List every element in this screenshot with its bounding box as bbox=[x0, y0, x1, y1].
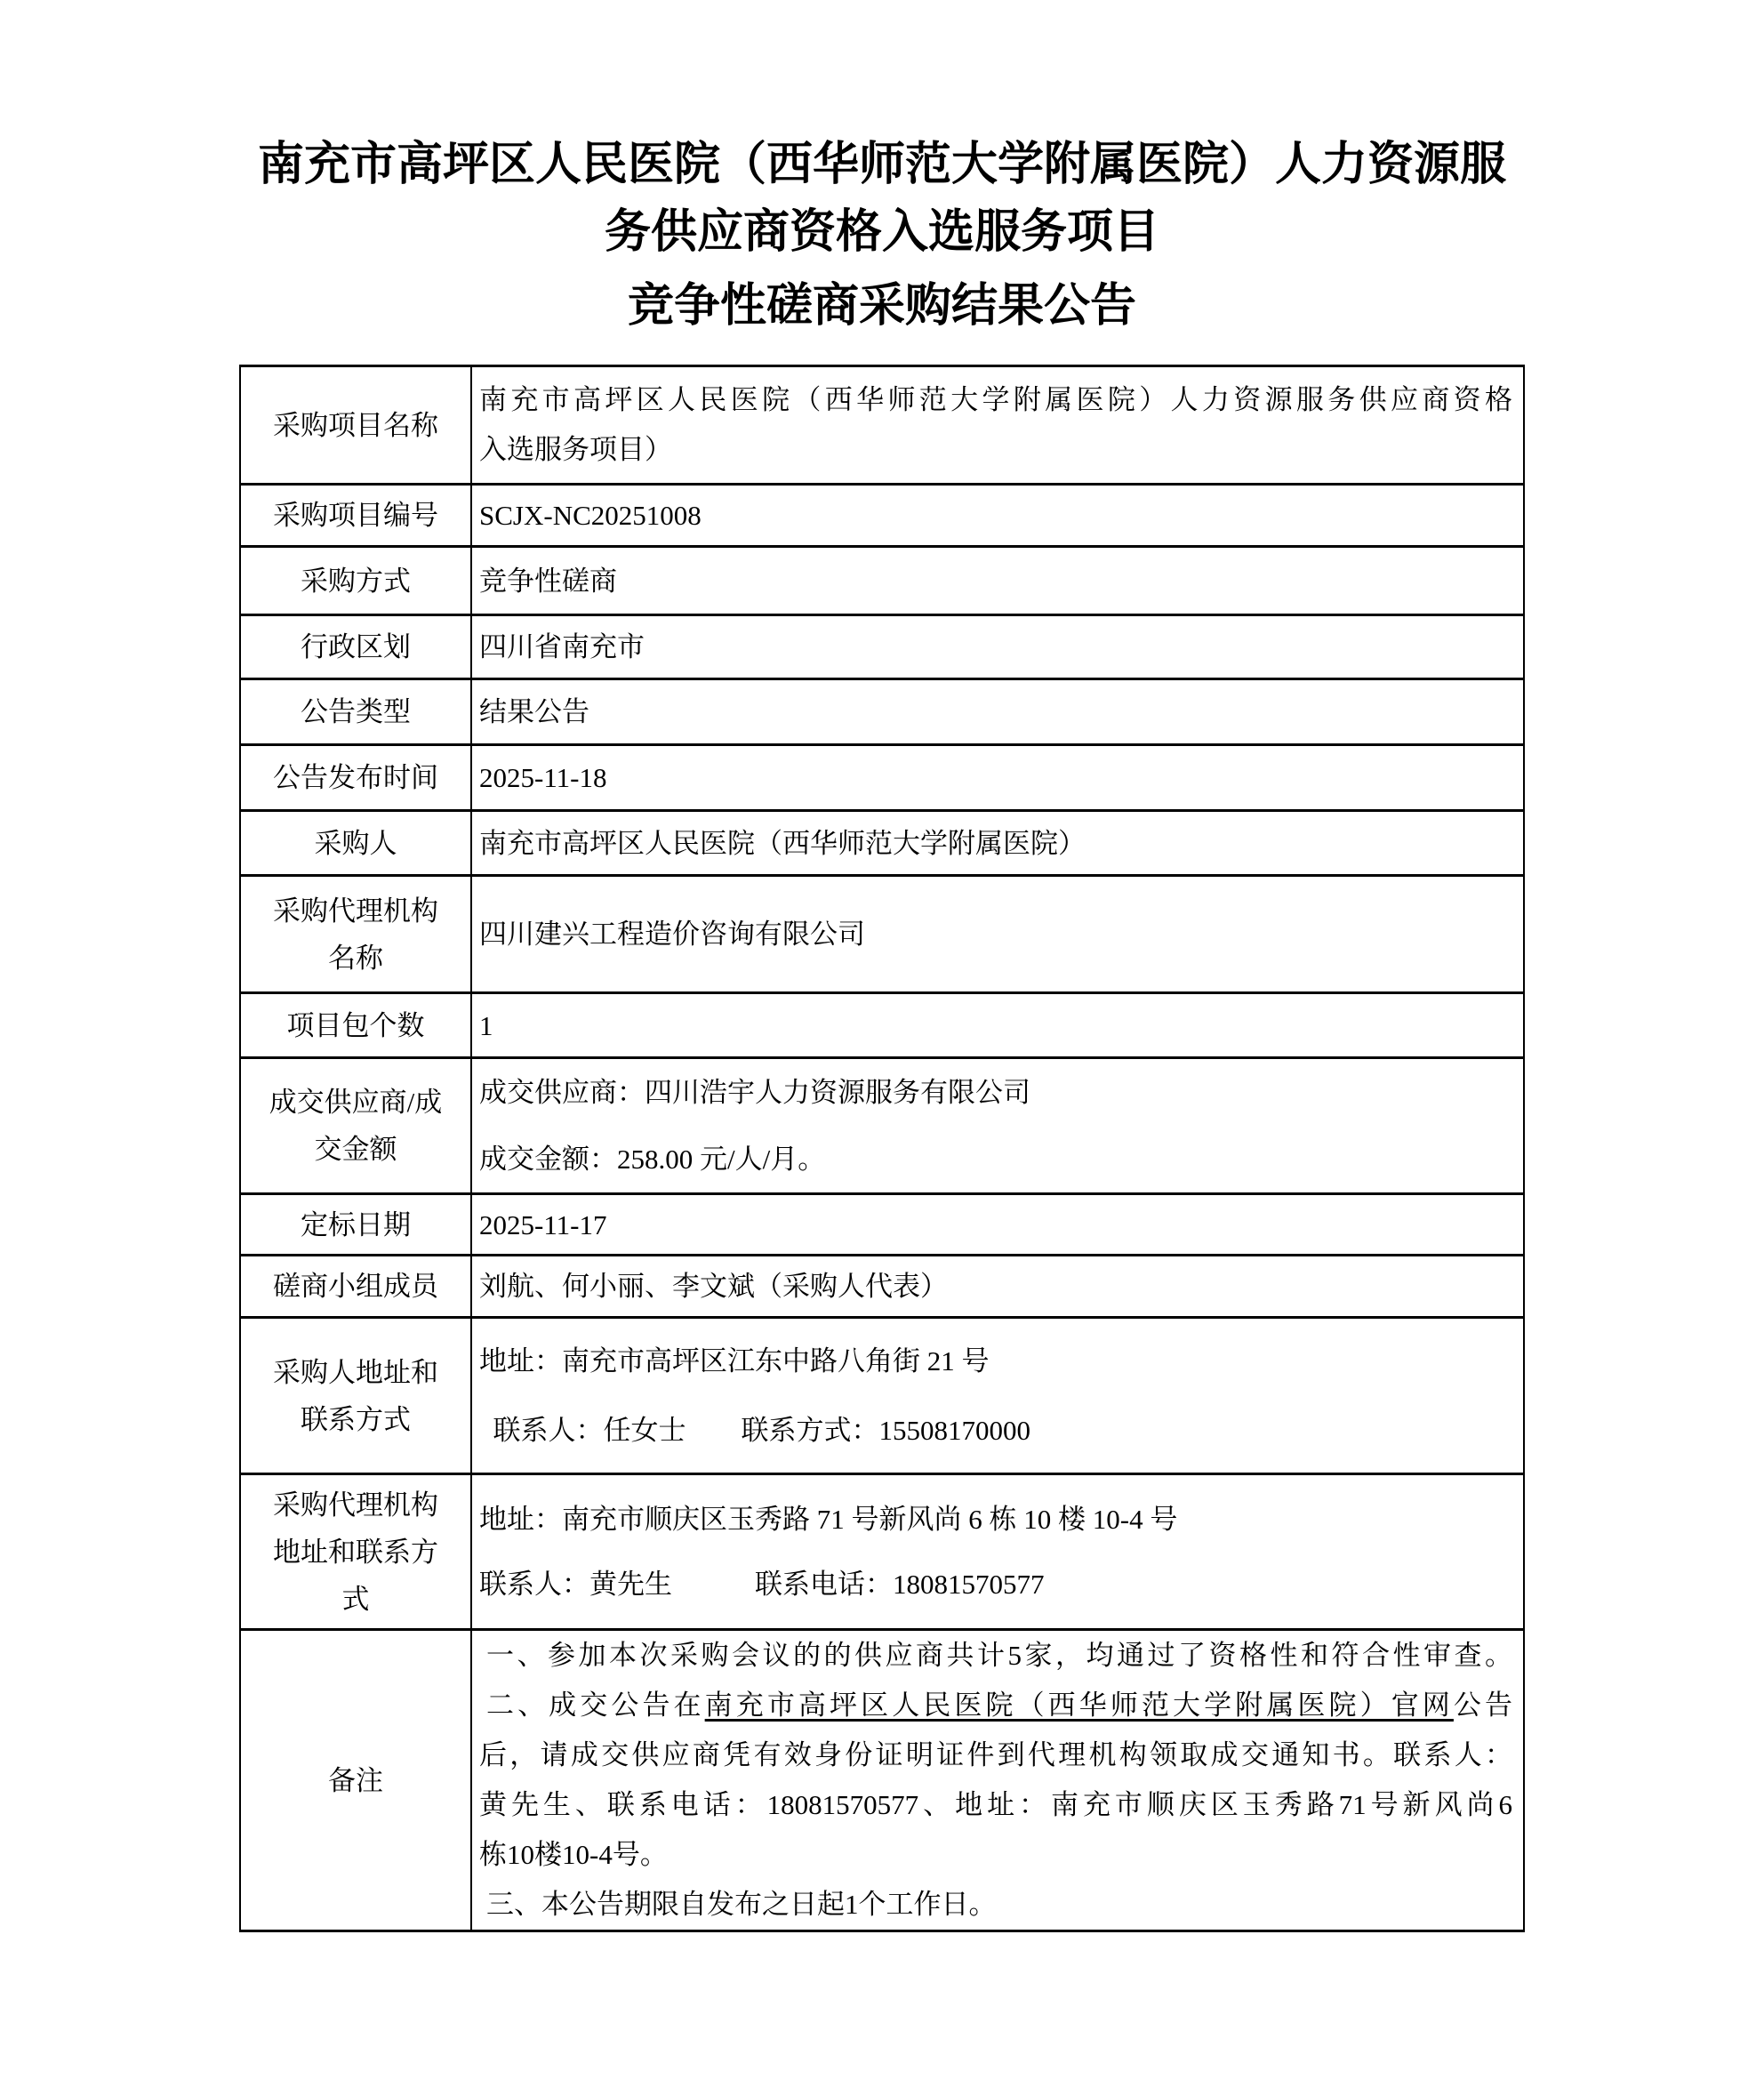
row-label: 采购项目编号 bbox=[240, 485, 471, 547]
row-label: 采购代理机构 名称 bbox=[240, 876, 471, 993]
row-label: 采购代理机构 地址和联系方 式 bbox=[240, 1474, 471, 1630]
row-label-line: 定标日期 bbox=[264, 1201, 447, 1248]
table-row: 采购方式 竞争性磋商 bbox=[240, 547, 1524, 615]
row-value-line: 结果公告 bbox=[479, 688, 1512, 735]
row-label-line: 式 bbox=[264, 1576, 447, 1623]
remark-line: 二、成交公告在南充市高坪区人民医院（西华师范大学附属医院）官网公告 bbox=[479, 1681, 1512, 1730]
remark-line: 三、本公告期限自发布之日起1个工作日。 bbox=[479, 1880, 1512, 1930]
row-value-line: 2025-11-18 bbox=[479, 754, 1512, 801]
row-label-line: 公告发布时间 bbox=[264, 754, 447, 801]
row-label-line: 地址和联系方 bbox=[264, 1529, 447, 1576]
row-value: 成交供应商：四川浩宇人力资源服务有限公司 成交金额：258.00 元/人/月。 bbox=[471, 1058, 1524, 1194]
row-value-line: 1 bbox=[479, 1002, 1512, 1049]
row-value: 刘航、何小丽、李文斌（采购人代表） bbox=[471, 1256, 1524, 1318]
document-page: 南充市高坪区人民医院（西华师范大学附属医院）人力资源服务供应商资格入选服务项目 … bbox=[0, 0, 1764, 2095]
document-title-line1: 南充市高坪区人民医院（西华师范大学附属医院）人力资源服 bbox=[258, 140, 1506, 190]
row-label-line: 交金额 bbox=[264, 1126, 447, 1173]
table-row: 采购人 南充市高坪区人民医院（西华师范大学附属医院） bbox=[240, 811, 1524, 876]
announcement-table: 采购项目名称 南充市高坪区人民医院（西华师范大学附属医院）人力资源服务供应商资格… bbox=[239, 365, 1525, 1932]
row-label: 定标日期 bbox=[240, 1194, 471, 1256]
row-value-line: 南充市高坪区人民医院（西华师范大学附属医院） bbox=[479, 820, 1512, 867]
remark-line: 黄先生、联系电话：18081570577、地址：南充市顺庆区玉秀路71号新风尚6 bbox=[479, 1780, 1512, 1830]
row-value: 四川省南充市 bbox=[471, 615, 1524, 679]
remark-text: 公告 bbox=[1454, 1690, 1512, 1721]
row-label: 采购人 bbox=[240, 811, 471, 876]
row-value: 竞争性磋商 bbox=[471, 547, 1524, 615]
row-label: 磋商小组成员 bbox=[240, 1256, 471, 1318]
row-label-line: 采购代理机构 bbox=[264, 887, 447, 935]
row-value: 2025-11-17 bbox=[471, 1194, 1524, 1256]
row-label-line: 项目包个数 bbox=[264, 1002, 447, 1049]
row-value-line: 竞争性磋商 bbox=[479, 558, 1512, 605]
row-value-line: 南充市高坪区人民医院（西华师范大学附属医院）人力资源服务供应商资格 bbox=[479, 375, 1512, 425]
row-value-line: 四川建兴工程造价咨询有限公司 bbox=[479, 911, 1512, 958]
row-value: 南充市高坪区人民医院（西华师范大学附属医院）人力资源服务供应商资格 入选服务项目… bbox=[471, 366, 1524, 485]
row-label: 公告类型 bbox=[240, 679, 471, 745]
row-label-line: 采购人 bbox=[264, 820, 447, 867]
remark-text: 二、成交公告在 bbox=[486, 1690, 705, 1721]
row-label-line: 采购方式 bbox=[264, 558, 447, 605]
remark-line: 后，请成交供应商凭有效身份证明证件到代理机构领取成交通知书。联系人： bbox=[479, 1730, 1512, 1780]
row-label: 备注 bbox=[240, 1630, 471, 1931]
row-label-line: 成交供应商/成 bbox=[264, 1079, 447, 1126]
row-value-line: 联系人：任女士 联系方式：15508170000 bbox=[479, 1396, 1512, 1465]
remark-line: 一、参加本次采购会议的的供应商共计5家，均通过了资格性和符合性审查。 bbox=[479, 1631, 1512, 1681]
row-label: 公告发布时间 bbox=[240, 745, 471, 811]
row-value: 结果公告 bbox=[471, 679, 1524, 745]
row-value: 南充市高坪区人民医院（西华师范大学附属医院） bbox=[471, 811, 1524, 876]
row-value: 地址：南充市高坪区江东中路八角街 21 号 联系人：任女士 联系方式：15508… bbox=[471, 1318, 1524, 1474]
table-row: 成交供应商/成 交金额 成交供应商：四川浩宇人力资源服务有限公司 成交金额：25… bbox=[240, 1058, 1524, 1194]
table-row: 行政区划 四川省南充市 bbox=[240, 615, 1524, 679]
row-label: 项目包个数 bbox=[240, 993, 471, 1058]
row-value-line: 四川省南充市 bbox=[479, 623, 1512, 670]
row-value-line: 刘航、何小丽、李文斌（采购人代表） bbox=[479, 1263, 1512, 1310]
row-value-line: 地址：南充市顺庆区玉秀路 71 号新风尚 6 栋 10 楼 10-4 号 bbox=[479, 1487, 1512, 1552]
document-subtitle: 竞争性磋商采购结果公告 bbox=[0, 281, 1764, 333]
table-row: 采购人地址和 联系方式 地址：南充市高坪区江东中路八角街 21 号 联系人：任女… bbox=[240, 1318, 1524, 1474]
row-value remarks-cell: 一、参加本次采购会议的的供应商共计5家，均通过了资格性和符合性审查。 二、成交公… bbox=[471, 1630, 1524, 1931]
table-row: 磋商小组成员 刘航、何小丽、李文斌（采购人代表） bbox=[240, 1256, 1524, 1318]
row-value-line: 成交供应商：四川浩宇人力资源服务有限公司 bbox=[479, 1059, 1512, 1126]
table-row: 公告类型 结果公告 bbox=[240, 679, 1524, 745]
row-label-line: 采购代理机构 bbox=[264, 1481, 447, 1529]
row-value: 地址：南充市顺庆区玉秀路 71 号新风尚 6 栋 10 楼 10-4 号 联系人… bbox=[471, 1474, 1524, 1630]
row-label-line: 联系方式 bbox=[264, 1396, 447, 1443]
row-label: 采购人地址和 联系方式 bbox=[240, 1318, 471, 1474]
row-value: 2025-11-18 bbox=[471, 745, 1524, 811]
row-label-line: 磋商小组成员 bbox=[264, 1263, 447, 1310]
row-label: 行政区划 bbox=[240, 615, 471, 679]
row-label-line: 采购项目编号 bbox=[264, 492, 447, 539]
table-row: 定标日期 2025-11-17 bbox=[240, 1194, 1524, 1256]
remark-underlined-text: 南充市高坪区人民医院（西华师范大学附属医院）官网 bbox=[705, 1690, 1454, 1721]
table-row: 采购代理机构 地址和联系方 式 地址：南充市顺庆区玉秀路 71 号新风尚 6 栋… bbox=[240, 1474, 1524, 1630]
table-row: 公告发布时间 2025-11-18 bbox=[240, 745, 1524, 811]
row-label: 成交供应商/成 交金额 bbox=[240, 1058, 471, 1194]
row-value: SCJX-NC20251008 bbox=[471, 485, 1524, 547]
row-label-line: 名称 bbox=[264, 935, 447, 982]
document-title: 南充市高坪区人民医院（西华师范大学附属医院）人力资源服务供应商资格入选服务项目 bbox=[0, 0, 1764, 267]
row-label: 采购方式 bbox=[240, 547, 471, 615]
row-label-line: 采购项目名称 bbox=[264, 402, 447, 449]
row-value-line: 成交金额：258.00 元/人/月。 bbox=[479, 1126, 1512, 1192]
row-value-line: 联系人：黄先生 联系电话：18081570577 bbox=[479, 1552, 1512, 1617]
row-value-line: SCJX-NC20251008 bbox=[479, 492, 1512, 539]
row-value: 1 bbox=[471, 993, 1524, 1058]
row-label-line: 行政区划 bbox=[264, 623, 447, 670]
row-value-line: 地址：南充市高坪区江东中路八角街 21 号 bbox=[479, 1327, 1512, 1396]
row-label: 采购项目名称 bbox=[240, 366, 471, 485]
table-row: 项目包个数 1 bbox=[240, 993, 1524, 1058]
remark-line: 栋10楼10-4号。 bbox=[479, 1830, 1512, 1880]
row-value-line: 入选服务项目） bbox=[479, 425, 1512, 475]
table-row: 采购代理机构 名称 四川建兴工程造价咨询有限公司 bbox=[240, 876, 1524, 993]
row-value-line: 2025-11-17 bbox=[479, 1201, 1512, 1248]
row-label-line: 备注 bbox=[264, 1757, 447, 1804]
row-label-line: 公告类型 bbox=[264, 688, 447, 735]
row-value: 四川建兴工程造价咨询有限公司 bbox=[471, 876, 1524, 993]
table-row: 采购项目名称 南充市高坪区人民医院（西华师范大学附属医院）人力资源服务供应商资格… bbox=[240, 366, 1524, 485]
table-row: 采购项目编号 SCJX-NC20251008 bbox=[240, 485, 1524, 547]
document-title-line2: 务供应商资格入选服务项目 bbox=[605, 207, 1159, 258]
table-row: 备注 一、参加本次采购会议的的供应商共计5家，均通过了资格性和符合性审查。 二、… bbox=[240, 1630, 1524, 1931]
row-label-line: 采购人地址和 bbox=[264, 1349, 447, 1396]
